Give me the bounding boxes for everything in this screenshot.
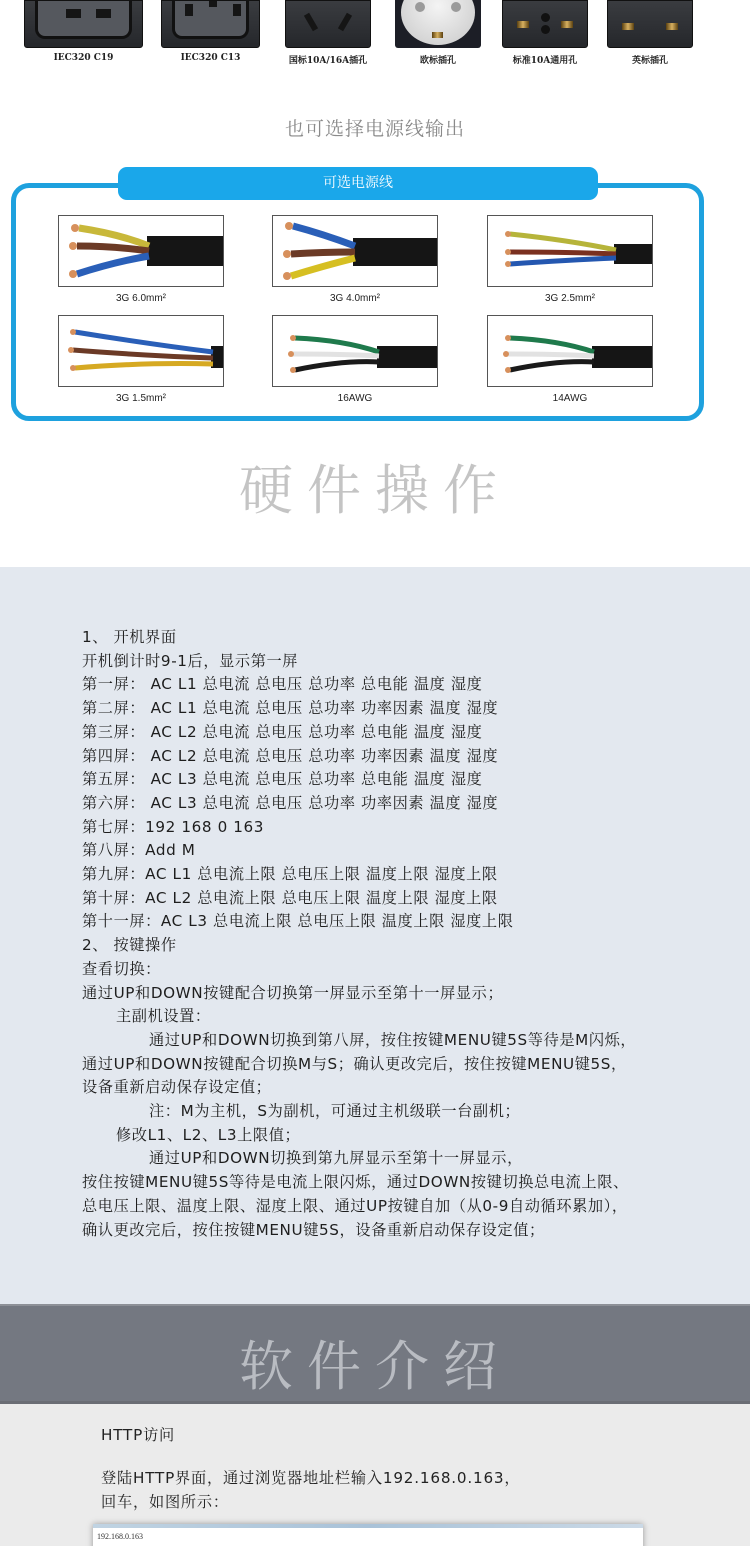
browser-title-bar [93, 1524, 643, 1528]
socket-uk-image [607, 0, 693, 48]
cable-label: 3G 4.0mm² [272, 293, 438, 304]
cable-label: 14AWG [487, 393, 653, 404]
cable-image [58, 315, 224, 387]
http-line-2: 回车，如图所示： [101, 1490, 520, 1514]
software-intro-title: 软件介绍 [0, 1324, 750, 1401]
section-heading-buttons: 2、 按键操作 [82, 934, 742, 958]
screen-line-9: 第九屏：AC L1 总电流上限 总电压上限 温度上限 湿度上限 [82, 863, 742, 887]
screen-line-11: 第十一屏：AC L3 总电流上限 总电压上限 温度上限 湿度上限 [82, 910, 742, 934]
cable-3g25-icon [488, 216, 653, 287]
cable-image [272, 315, 438, 387]
cable-label: 3G 1.5mm² [58, 393, 224, 404]
cable-image [487, 215, 653, 287]
screen-line-4: 第四屏： AC L2 总电流 总电压 总功率 功率因素 温度 湿度 [82, 745, 742, 769]
socket-gb-image [285, 0, 371, 48]
instruction-line: 通过UP和DOWN切换到第八屏，按住按键MENU键5S等待是M闪烁， [82, 1029, 742, 1053]
software-intro-banner: 软件介绍 [0, 1304, 750, 1404]
subheading-master-slave: 主副机设置： [82, 1005, 742, 1029]
browser-address-bar[interactable]: 192.168.0.163 [97, 1532, 143, 1541]
cable-label: 16AWG [272, 393, 438, 404]
http-line-1: 登陆HTTP界面，通过浏览器地址栏输入192.168.0.163， [101, 1466, 520, 1490]
cable-image [272, 215, 438, 287]
hardware-operation-title: 硬件操作 [0, 448, 750, 525]
instruction-line: 确认更改完后，按住按键MENU键5S，设备重新启动保存设定值； [82, 1219, 742, 1243]
http-access-heading: HTTP访问 [101, 1424, 175, 1445]
socket-label: 英标插孔 [607, 53, 693, 66]
instruction-line: 总电压上限、温度上限、湿度上限、通过UP按键自加（从0-9自动循环累加）， [82, 1195, 742, 1219]
instructions-text: 1、 开机界面 开机倒计时9-1后，显示第一屏 第一屏： AC L1 总电流 总… [82, 626, 742, 1242]
cable-16awg-icon [273, 316, 438, 387]
browser-screenshot: 192.168.0.163 [93, 1524, 643, 1546]
socket-types-strip: IEC320 C19 IEC320 C13 国标10A/16A插孔 欧标插孔 标… [0, 0, 750, 80]
socket-label: 国标10A/16A插孔 [277, 53, 379, 66]
cable-label: 3G 2.5mm² [487, 293, 653, 304]
screen-line-5: 第五屏： AC L3 总电流 总电压 总功率 总电能 温度 湿度 [82, 768, 742, 792]
instruction-line: 设备重新启动保存设定值； [82, 1076, 742, 1100]
subheading-limits: 修改L1、L2、L3上限值； [82, 1124, 742, 1148]
socket-label: IEC320 C13 [161, 53, 260, 63]
cable-image [58, 215, 224, 287]
instruction-line: 查看切换： [82, 958, 742, 982]
cable-label: 3G 6.0mm² [58, 293, 224, 304]
cable-3g4-icon [273, 216, 438, 287]
socket-label: 标准10A通用孔 [496, 53, 594, 66]
screen-line-3: 第三屏： AC L2 总电流 总电压 总功率 总电能 温度 湿度 [82, 721, 742, 745]
power-cord-output-subtitle: 也可选择电源线输出 [0, 114, 750, 141]
socket-label: IEC320 C19 [24, 53, 143, 63]
cable-3g6-icon [59, 216, 224, 287]
http-access-instructions: 登陆HTTP界面，通过浏览器地址栏输入192.168.0.163， 回车，如图所… [101, 1466, 520, 1514]
socket-c19-image [24, 0, 143, 48]
instruction-line: 按住按键MENU键5S等待是电流上限闪烁，通过DOWN按键切换总电流上限、 [82, 1171, 742, 1195]
instruction-line: 通过UP和DOWN按键配合切换M与S；确认更改完后，按住按键MENU键5S， [82, 1053, 742, 1077]
cable-14awg-icon [488, 316, 653, 387]
http-access-section: HTTP访问 登陆HTTP界面，通过浏览器地址栏输入192.168.0.163，… [0, 1404, 750, 1546]
screen-line-1: 第一屏： AC L1 总电流 总电压 总功率 总电能 温度 湿度 [82, 673, 742, 697]
cable-image [487, 315, 653, 387]
instruction-line: 开机倒计时9-1后，显示第一屏 [82, 650, 742, 674]
screen-line-6: 第六屏： AC L3 总电流 总电压 总功率 功率因素 温度 湿度 [82, 792, 742, 816]
cable-3g15-icon [59, 316, 224, 387]
screen-line-2: 第二屏： AC L1 总电流 总电压 总功率 功率因素 温度 湿度 [82, 697, 742, 721]
power-cord-options-banner: 可选电源线 [118, 167, 598, 200]
section-heading-startup: 1、 开机界面 [82, 626, 742, 650]
note-line: 注：M为主机，S为副机，可通过主机级联一台副机； [82, 1100, 742, 1124]
screen-line-8: 第八屏：Add M [82, 839, 742, 863]
instruction-line: 通过UP和DOWN切换到第九屏显示至第十一屏显示， [82, 1147, 742, 1171]
screen-line-10: 第十屏：AC L2 总电流上限 总电压上限 温度上限 湿度上限 [82, 887, 742, 911]
hardware-instructions-panel: 1、 开机界面 开机倒计时9-1后，显示第一屏 第一屏： AC L1 总电流 总… [0, 567, 750, 1304]
socket-c13-image [161, 0, 260, 48]
instruction-line: 通过UP和DOWN按键配合切换第一屏显示至第十一屏显示； [82, 982, 742, 1006]
screen-line-7: 第七屏：192 168 0 163 [82, 816, 742, 840]
socket-universal-image [502, 0, 588, 48]
socket-label: 欧标插孔 [395, 53, 481, 66]
socket-eu-image [395, 0, 481, 48]
